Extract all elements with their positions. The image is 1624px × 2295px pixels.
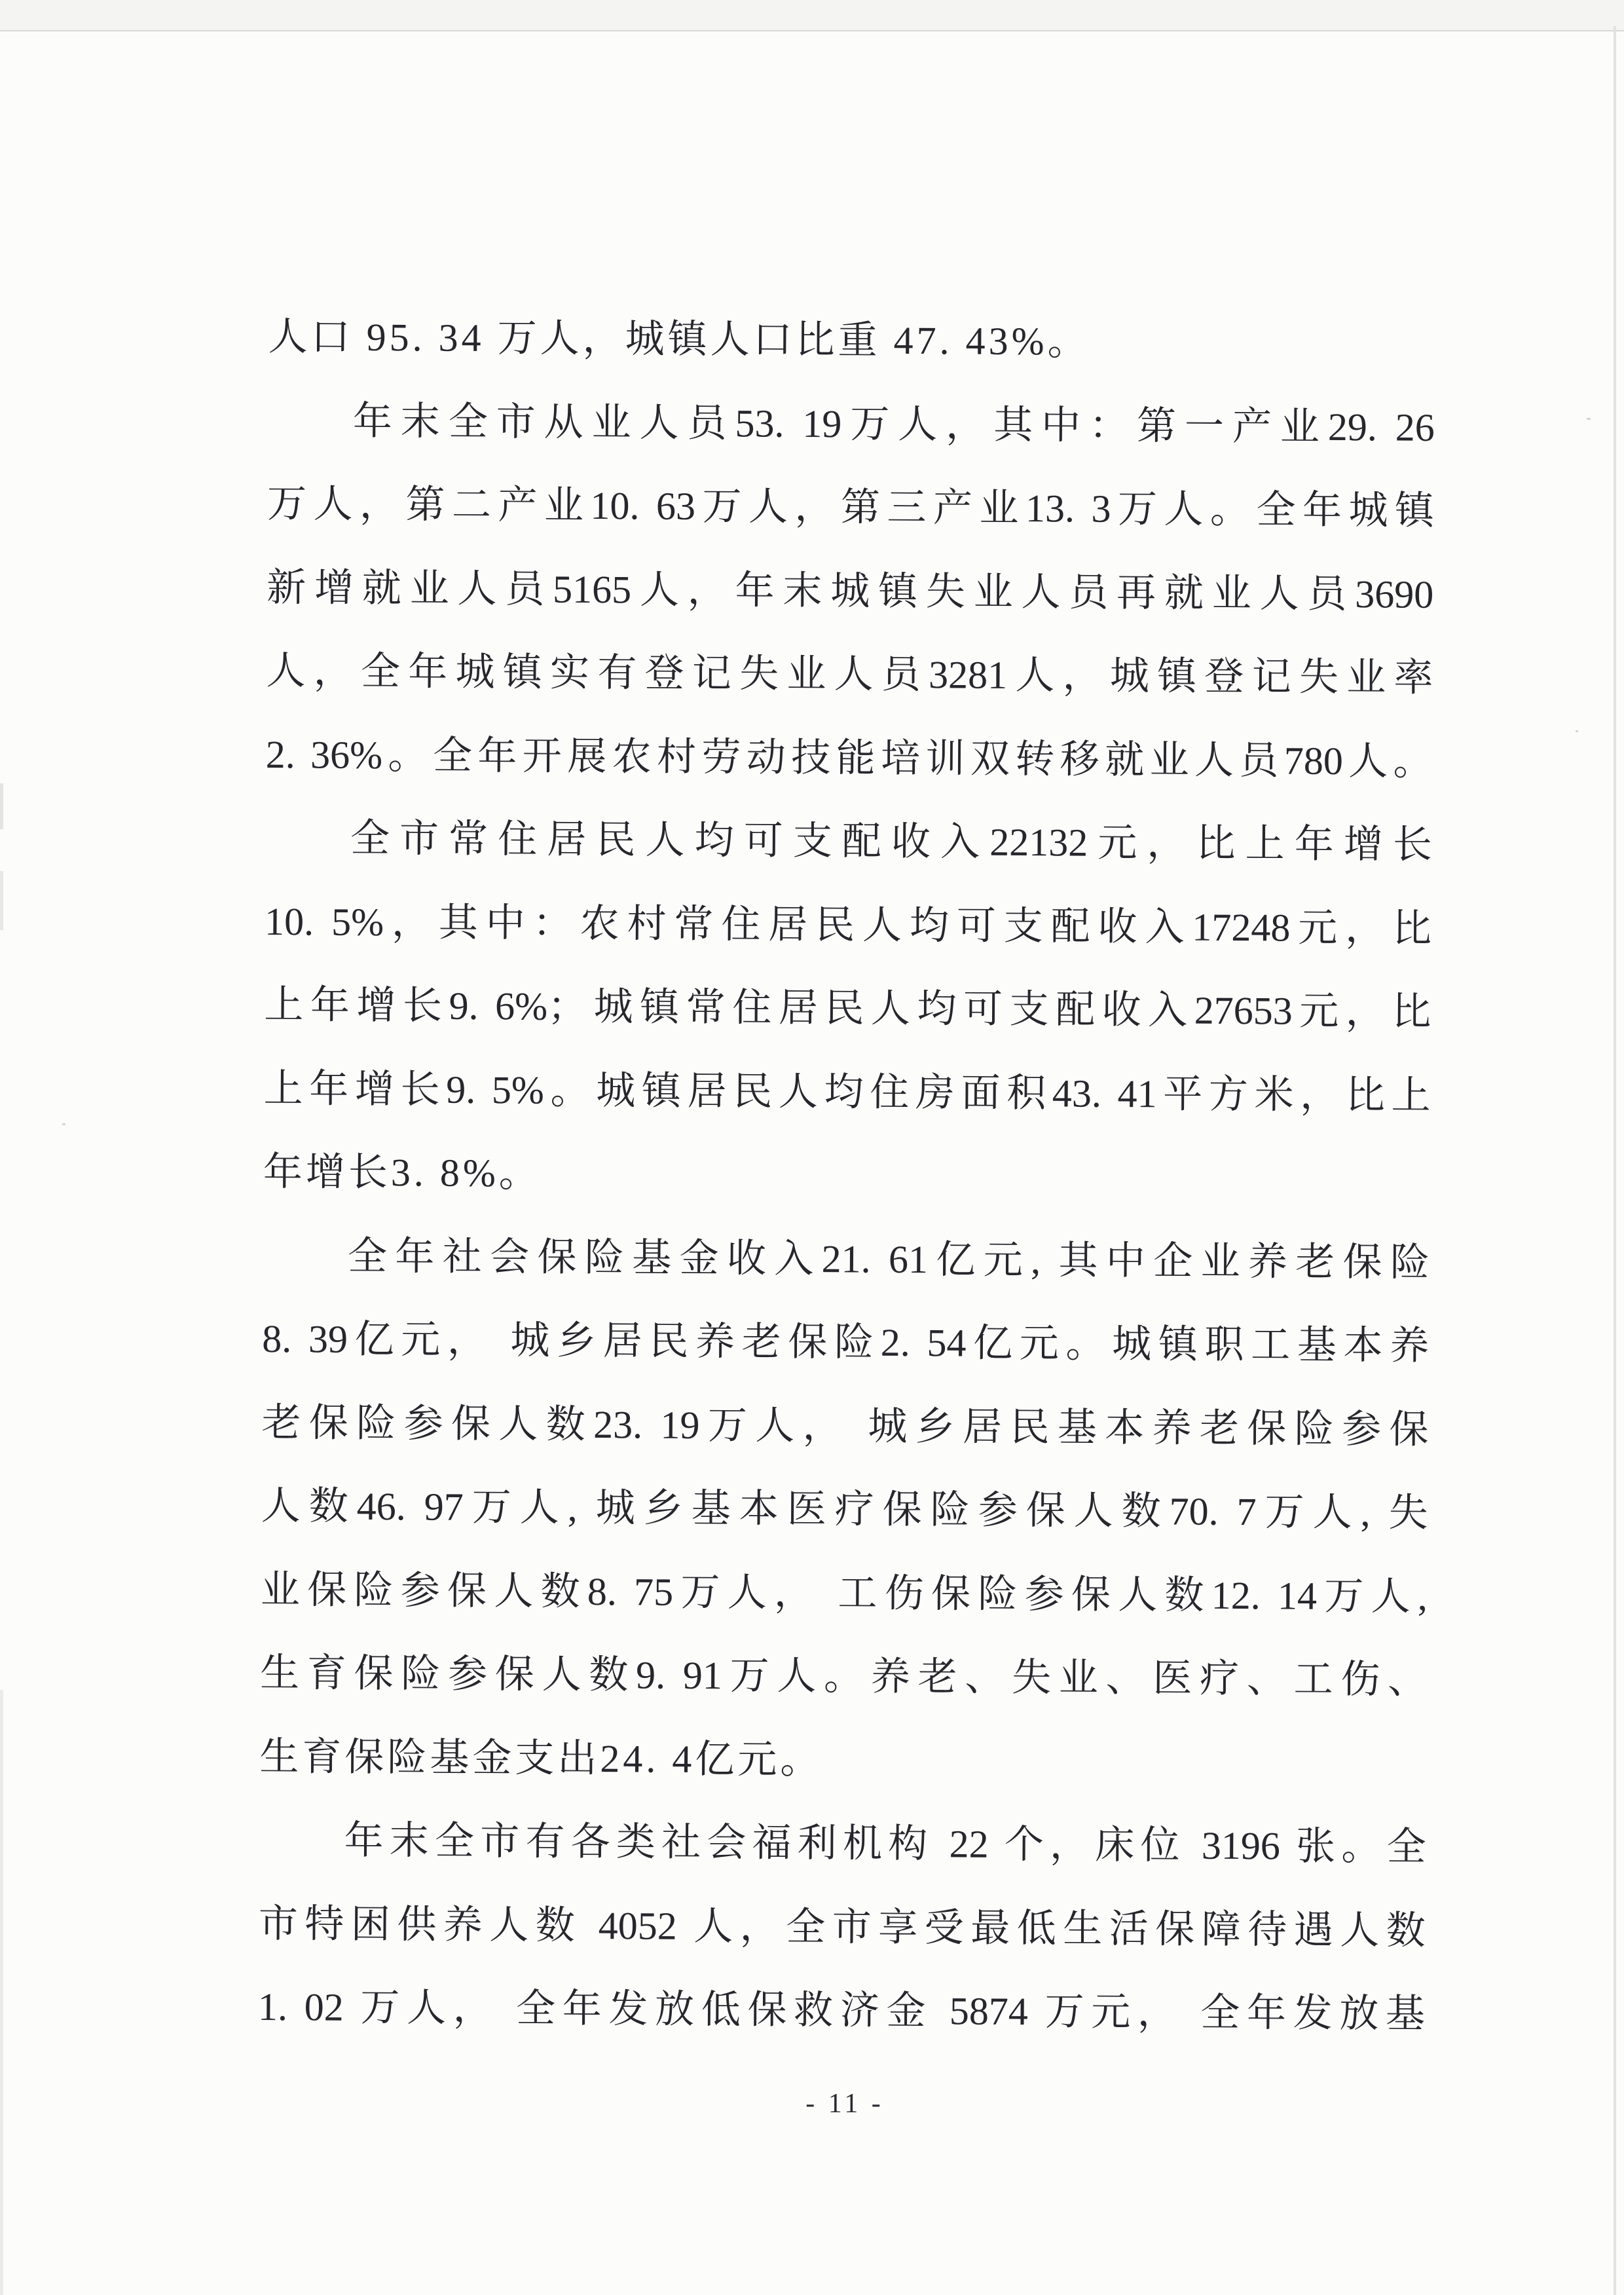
text-line: 业保险参保人数8. 75万人， 工伤保险参保人数12. 14万人,	[261, 1548, 1428, 1638]
text-line: 人，全年城镇实有登记失业人员3281人，城镇登记失业率	[266, 629, 1433, 720]
scan-speck	[1576, 730, 1578, 732]
text-line: 生育保险基金支出24. 4亿元。	[259, 1715, 1427, 1805]
scan-speck	[62, 1123, 65, 1125]
scanner-left-edge-artifact	[0, 1690, 3, 2295]
text-line: 人数46. 97万人, 城乡基本医疗保险参保人数70. 7万人, 失	[261, 1465, 1428, 1555]
text-line: 8. 39亿元， 城乡居民养老保险2. 54亿元。城镇职工基本养	[262, 1297, 1430, 1388]
text-line: 市特困供养人数 4052 人，全市享受最低生活保障待遇人数	[258, 1882, 1426, 1972]
scan-speck	[1587, 418, 1591, 420]
text-line: 1. 02 万人， 全年发放低保救济金 5874 万元， 全年发放基	[258, 1966, 1426, 2056]
text-line: 生育保险参保人数9. 91万人。养老、失业、医疗、工伤、	[260, 1632, 1428, 1722]
text-line: 年末全市有各类社会福利机构 22 个，床位 3196 张。全	[259, 1799, 1426, 1889]
text-line: 上年增长9. 6%；城镇常住居民人均可支配收入27653元，比	[264, 963, 1431, 1054]
document-page: 人口 95. 34 万人，城镇人口比重 47. 43%。年末全市从业人员53. …	[0, 0, 1624, 2295]
text-line: 上年增长9. 5%。城镇居民人均住房面积43. 41平方米，比上	[263, 1047, 1431, 1137]
text-line: 人口 95. 34 万人，城镇人口比重 47. 43%。	[268, 295, 1435, 386]
scanner-top-edge-artifact	[0, 0, 1624, 31]
text-line: 2. 36%。全年开展农村劳动技能培训双转移就业人员780人。	[265, 713, 1433, 803]
scanner-right-edge-artifact	[1614, 26, 1616, 2295]
scanner-left-edge-artifact	[0, 783, 3, 829]
body-text: 人口 95. 34 万人，城镇人口比重 47. 43%。年末全市从业人员53. …	[258, 295, 1435, 2056]
text-line: 新增就业人员5165人，年末城镇失业人员再就业人员3690	[267, 546, 1434, 636]
text-line: 10. 5%，其中：农村常住居民人均可支配收入17248元，比	[265, 880, 1432, 970]
text-line: 年增长3. 8%。	[263, 1130, 1430, 1221]
text-line: 全市常住居民人均可支配收入22132元，比上年增长	[265, 796, 1433, 887]
text-line: 万人，第二产业10. 63万人，第三产业13. 3万人。全年城镇	[267, 462, 1435, 553]
text-line: 老保险参保人数23. 19万人， 城乡居民基本养老保险参保	[261, 1381, 1429, 1471]
page-number: - 11 -	[773, 2088, 917, 2119]
text-line: 年末全市从业人员53. 19万人，其中：第一产业29. 26	[267, 379, 1435, 469]
text-line: 全年社会保险基金收入21. 61亿元, 其中企业养老保险	[263, 1214, 1430, 1304]
scanner-left-edge-artifact	[0, 871, 3, 930]
